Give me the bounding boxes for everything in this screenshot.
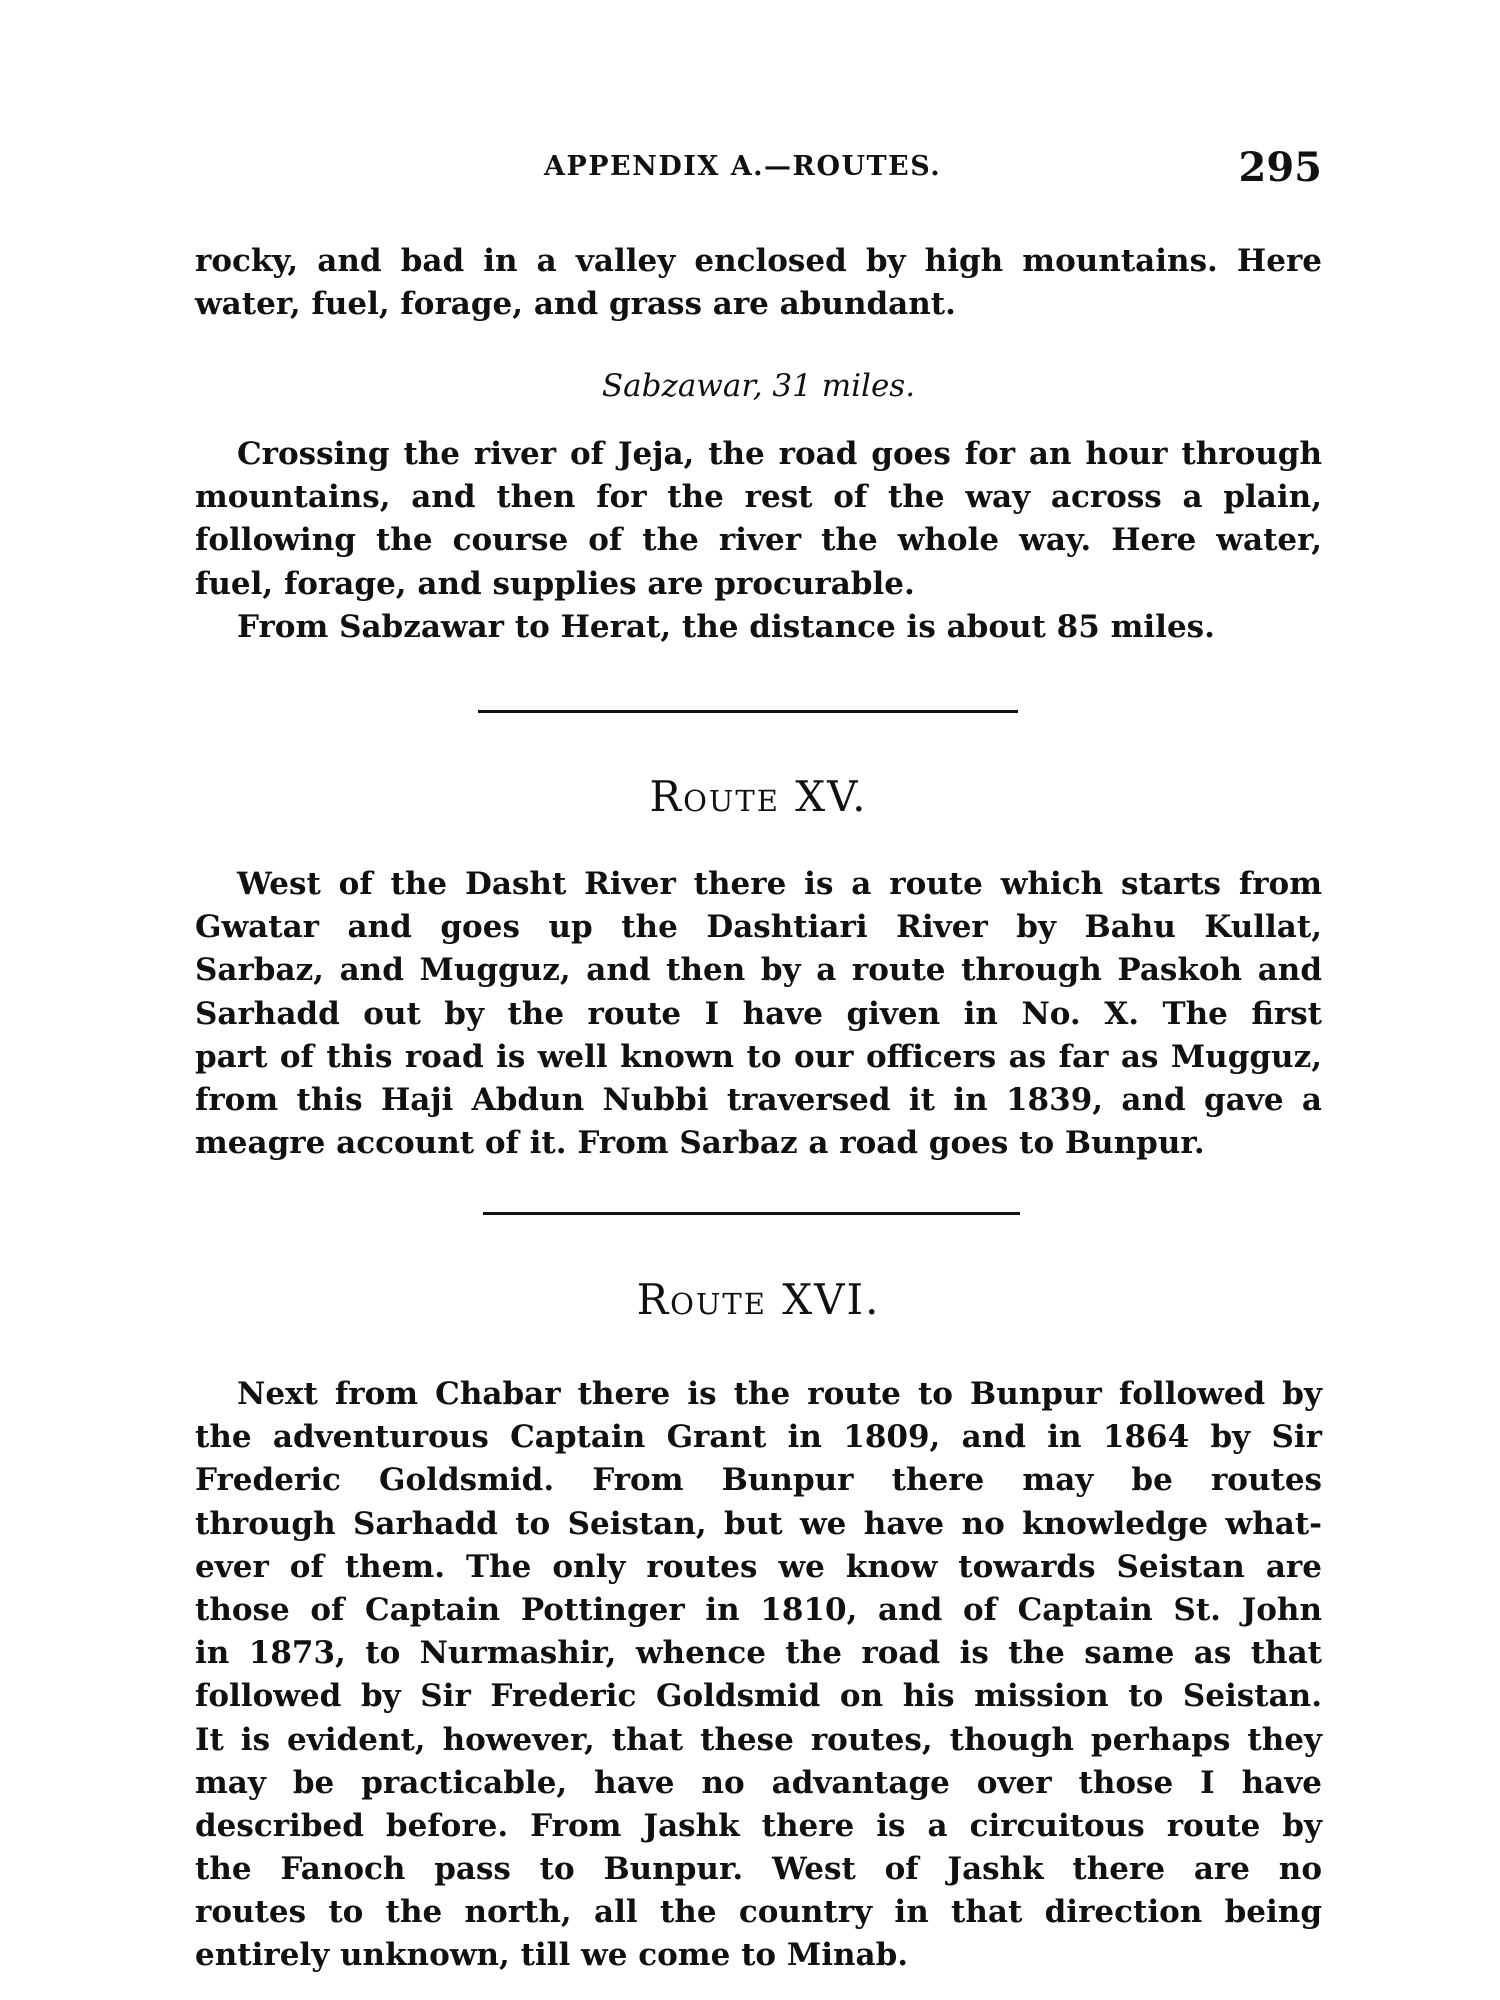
text-line: mountains, and then for the rest of the … bbox=[195, 476, 1322, 519]
stage-paragraph: Crossing the river of Jeja, the road goe… bbox=[195, 433, 1322, 649]
text-line: water, fuel, forage, and grass are abund… bbox=[195, 283, 1322, 326]
section-divider bbox=[483, 1212, 1020, 1215]
text-line: described before. From Jashk there is a … bbox=[195, 1805, 1322, 1848]
text-line: through Sarhadd to Seistan, but we have … bbox=[195, 1503, 1322, 1546]
text-line: Crossing the river of Jeja, the road goe… bbox=[195, 433, 1322, 476]
stage-subheading: Sabzawar, 31 miles. bbox=[195, 365, 1322, 408]
text-line: Gwatar and goes up the Dashtiari River b… bbox=[195, 906, 1322, 949]
text-line: Sarbaz, and Mugguz, and then by a route … bbox=[195, 949, 1322, 992]
text-line: part of this road is well known to our o… bbox=[195, 1036, 1322, 1079]
section-divider bbox=[478, 710, 1018, 713]
text-line: ever of them. The only routes we know to… bbox=[195, 1546, 1322, 1589]
text-line: followed by Sir Frederic Goldsmid on his… bbox=[195, 1675, 1322, 1718]
text-line: Frederic Goldsmid. From Bunpur there may… bbox=[195, 1459, 1322, 1502]
page-number: 295 bbox=[1239, 145, 1323, 190]
text-line: following the course of the river the wh… bbox=[195, 519, 1322, 562]
text-line: meagre account of it. From Sarbaz a road… bbox=[195, 1122, 1322, 1165]
text-line: rocky, and bad in a valley enclosed by h… bbox=[195, 240, 1322, 283]
text-line: from this Haji Abdun Nubbi traversed it … bbox=[195, 1079, 1322, 1122]
route-xv-heading: Route XV. bbox=[195, 772, 1322, 822]
running-title: APPENDIX A.—ROUTES. bbox=[544, 151, 941, 182]
text-line: the adventurous Captain Grant in 1809, a… bbox=[195, 1416, 1322, 1459]
text-line: entirely unknown, till we come to Minab. bbox=[195, 1934, 1322, 1977]
route-xvi-heading: Route XVI. bbox=[195, 1275, 1322, 1325]
text-line: in 1873, to Nurmashir, whence the road i… bbox=[195, 1632, 1322, 1675]
text-line: may be practicable, have no advantage ov… bbox=[195, 1762, 1322, 1805]
text-line: Next from Chabar there is the route to B… bbox=[195, 1373, 1322, 1416]
text-line: It is evident, however, that these route… bbox=[195, 1719, 1322, 1762]
text-line: routes to the north, all the country in … bbox=[195, 1891, 1322, 1934]
text-line: West of the Dasht River there is a route… bbox=[195, 863, 1322, 906]
continuation-paragraph: rocky, and bad in a valley enclosed by h… bbox=[195, 240, 1322, 326]
text-line: those of Captain Pottinger in 1810, and … bbox=[195, 1589, 1322, 1632]
distance-line: From Sabzawar to Herat, the distance is … bbox=[195, 606, 1322, 649]
text-line: the Fanoch pass to Bunpur. West of Jashk… bbox=[195, 1848, 1322, 1891]
book-page: APPENDIX A.—ROUTES. 295 rocky, and bad i… bbox=[0, 0, 1500, 2000]
route-xv-paragraph: West of the Dasht River there is a route… bbox=[195, 863, 1322, 1165]
running-head: APPENDIX A.—ROUTES. 295 bbox=[195, 145, 1322, 190]
text-line: fuel, forage, and supplies are procurabl… bbox=[195, 563, 1322, 606]
text-line: Sarhadd out by the route I have given in… bbox=[195, 993, 1322, 1036]
route-xvi-paragraph: Next from Chabar there is the route to B… bbox=[195, 1373, 1322, 1978]
